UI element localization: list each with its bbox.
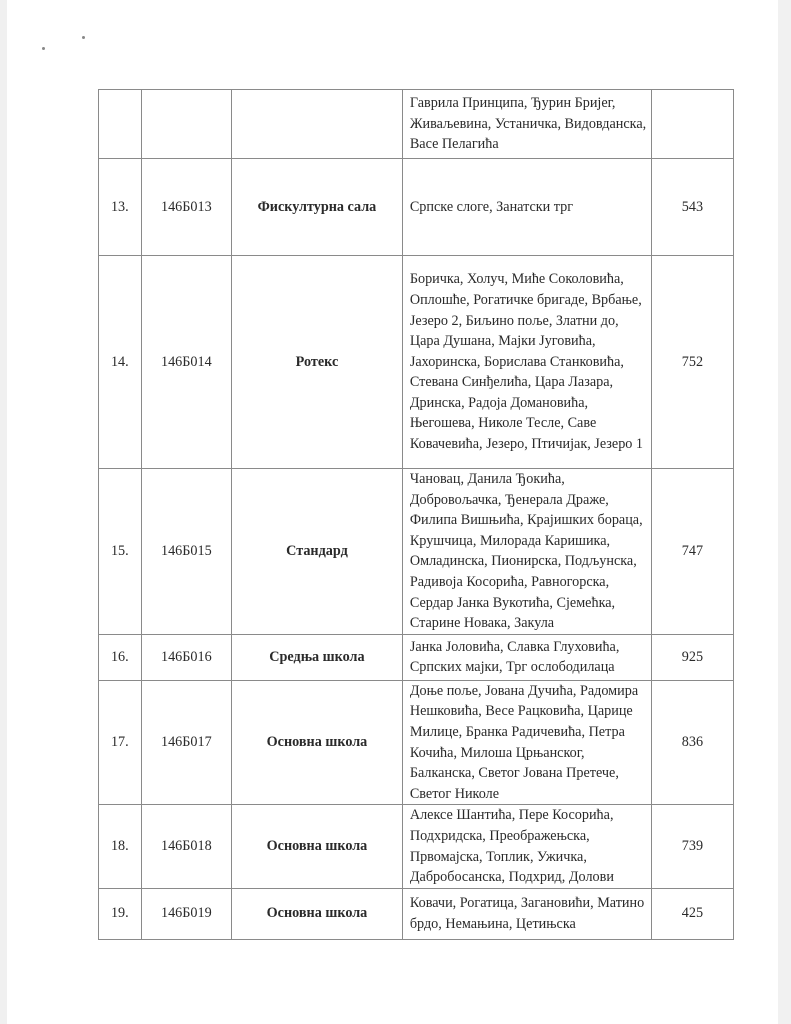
station-name: Стандард — [232, 469, 403, 635]
voter-count: 752 — [651, 256, 733, 469]
row-number — [99, 90, 142, 159]
row-number: 13. — [99, 159, 142, 256]
row-number: 15. — [99, 469, 142, 635]
voter-count: 747 — [651, 469, 733, 635]
table-row: 15. 146Б015 Стандард Чановац, Данила Ђок… — [99, 469, 734, 635]
table-row: 14. 146Б014 Ротекс Боричка, Холуч, Миће … — [99, 256, 734, 469]
scan-speck — [42, 47, 45, 50]
station-name: Основна школа — [232, 805, 403, 888]
scan-edge-right — [778, 0, 791, 1024]
table-row: 16. 146Б016 Средња школа Јанка Јоловића,… — [99, 634, 734, 680]
station-name: Основна школа — [232, 888, 403, 939]
station-name: Средња школа — [232, 634, 403, 680]
voter-count: 543 — [651, 159, 733, 256]
row-number: 17. — [99, 680, 142, 805]
row-number: 14. — [99, 256, 142, 469]
streets-list: Доње поље, Јована Дучића, Радомира Нешко… — [402, 680, 651, 805]
streets-list: Српске слоге, Занатски трг — [402, 159, 651, 256]
station-code: 146Б018 — [141, 805, 231, 888]
table-row: 13. 146Б013 Фискултурна сала Српске слог… — [99, 159, 734, 256]
streets-list: Гаврила Принципа, Ђурин Бријег, Живаљеви… — [402, 90, 651, 159]
streets-list: Алексе Шантића, Пере Косорића, Подхридск… — [402, 805, 651, 888]
table-row: 17. 146Б017 Основна школа Доње поље, Јов… — [99, 680, 734, 805]
table-row: 18. 146Б018 Основна школа Алексе Шантића… — [99, 805, 734, 888]
streets-list: Јанка Јоловића, Славка Глуховића, Српски… — [402, 634, 651, 680]
station-code: 146Б017 — [141, 680, 231, 805]
station-code: 146Б014 — [141, 256, 231, 469]
row-number: 18. — [99, 805, 142, 888]
station-code: 146Б013 — [141, 159, 231, 256]
station-name — [232, 90, 403, 159]
voter-count — [651, 90, 733, 159]
streets-list: Ковачи, Рогатица, Загановићи, Матино брд… — [402, 888, 651, 939]
row-number: 19. — [99, 888, 142, 939]
voter-count: 739 — [651, 805, 733, 888]
station-code: 146Б015 — [141, 469, 231, 635]
station-code: 146Б016 — [141, 634, 231, 680]
station-code: 146Б019 — [141, 888, 231, 939]
station-code — [141, 90, 231, 159]
voter-count: 425 — [651, 888, 733, 939]
station-name: Основна школа — [232, 680, 403, 805]
table-row: Гаврила Принципа, Ђурин Бријег, Живаљеви… — [99, 90, 734, 159]
voter-count: 925 — [651, 634, 733, 680]
voter-count: 836 — [651, 680, 733, 805]
row-number: 16. — [99, 634, 142, 680]
station-name: Ротекс — [232, 256, 403, 469]
scan-edge-left — [0, 0, 7, 1024]
station-name: Фискултурна сала — [232, 159, 403, 256]
table-row: 19. 146Б019 Основна школа Ковачи, Рогати… — [99, 888, 734, 939]
streets-list: Чановац, Данила Ђокића, Добровољачка, Ђе… — [402, 469, 651, 635]
polling-stations-table: Гаврила Принципа, Ђурин Бријег, Живаљеви… — [98, 89, 734, 940]
scan-speck — [82, 36, 85, 39]
streets-list: Боричка, Холуч, Миће Соколовића, Оплошће… — [402, 256, 651, 469]
